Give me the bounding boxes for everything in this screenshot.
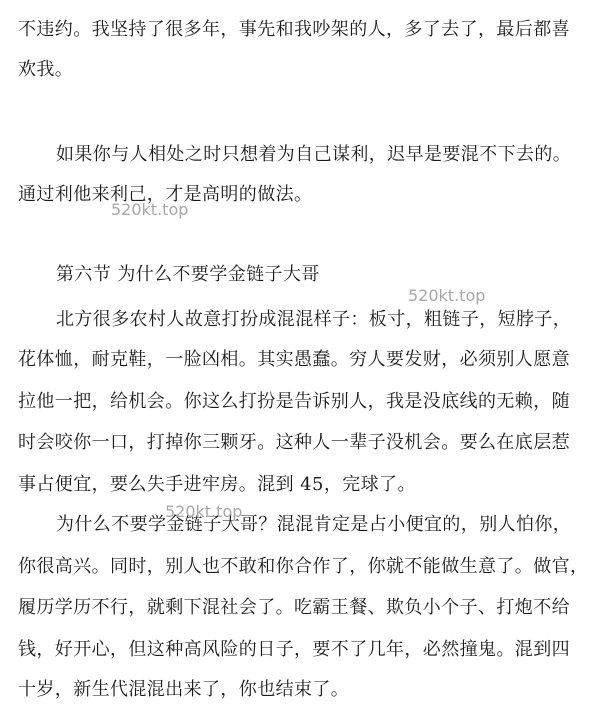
paragraph-line: 如果你与人相处之时只想着为自己谋利，迟早是要混不下去的。 [56,144,571,166]
section-heading: 第六节 为什么不要学金链子大哥 [56,264,320,286]
watermark: 520kt.top [111,201,188,219]
paragraph-line: 十岁，新生代混混出来了，你也结束了。 [18,679,349,701]
paragraph-line: 欢我。 [18,59,73,81]
watermark: 520kt.top [165,503,242,521]
paragraph-line: 拉他一把，给机会。你这么打扮是告诉别人，我是没底线的无赖，随 [18,391,570,413]
paragraph-line: 为什么不要学金链子大哥？混混肯定是占小便宜的，别人怕你， [56,514,571,536]
paragraph-line: 钱，好开心，但这种高风险的日子，要不了几年，必然撞鬼。混到四 [18,639,570,661]
watermark: 520kt.top [408,287,485,305]
paragraph-line: 你很高兴。同时，别人也不敢和你合作了，你就不能做生意了。做官， [18,556,588,578]
paragraph-line: 不违约。我坚持了很多年，事先和我吵架的人，多了去了，最后都喜 [18,19,570,41]
paragraph-line: 花体恤，耐克鞋，一脸凶相。其实愚蠢。穷人要发财，必须别人愿意 [18,349,570,371]
paragraph-line: 履历学历不行，就剩下混社会了。吃霸王餐、欺负小个子、打炮不给 [18,597,570,619]
paragraph-line: 北方很多农村人故意打扮成混混样子：板寸，粗链子，短脖子， [56,309,571,331]
paragraph-line: 事占便宜，要么失手进牢房。混到 45，完球了。 [18,474,416,496]
paragraph-line: 时会咬你一口，打掉你三颗牙。这种人一辈子没机会。要么在底层惹 [18,432,570,454]
